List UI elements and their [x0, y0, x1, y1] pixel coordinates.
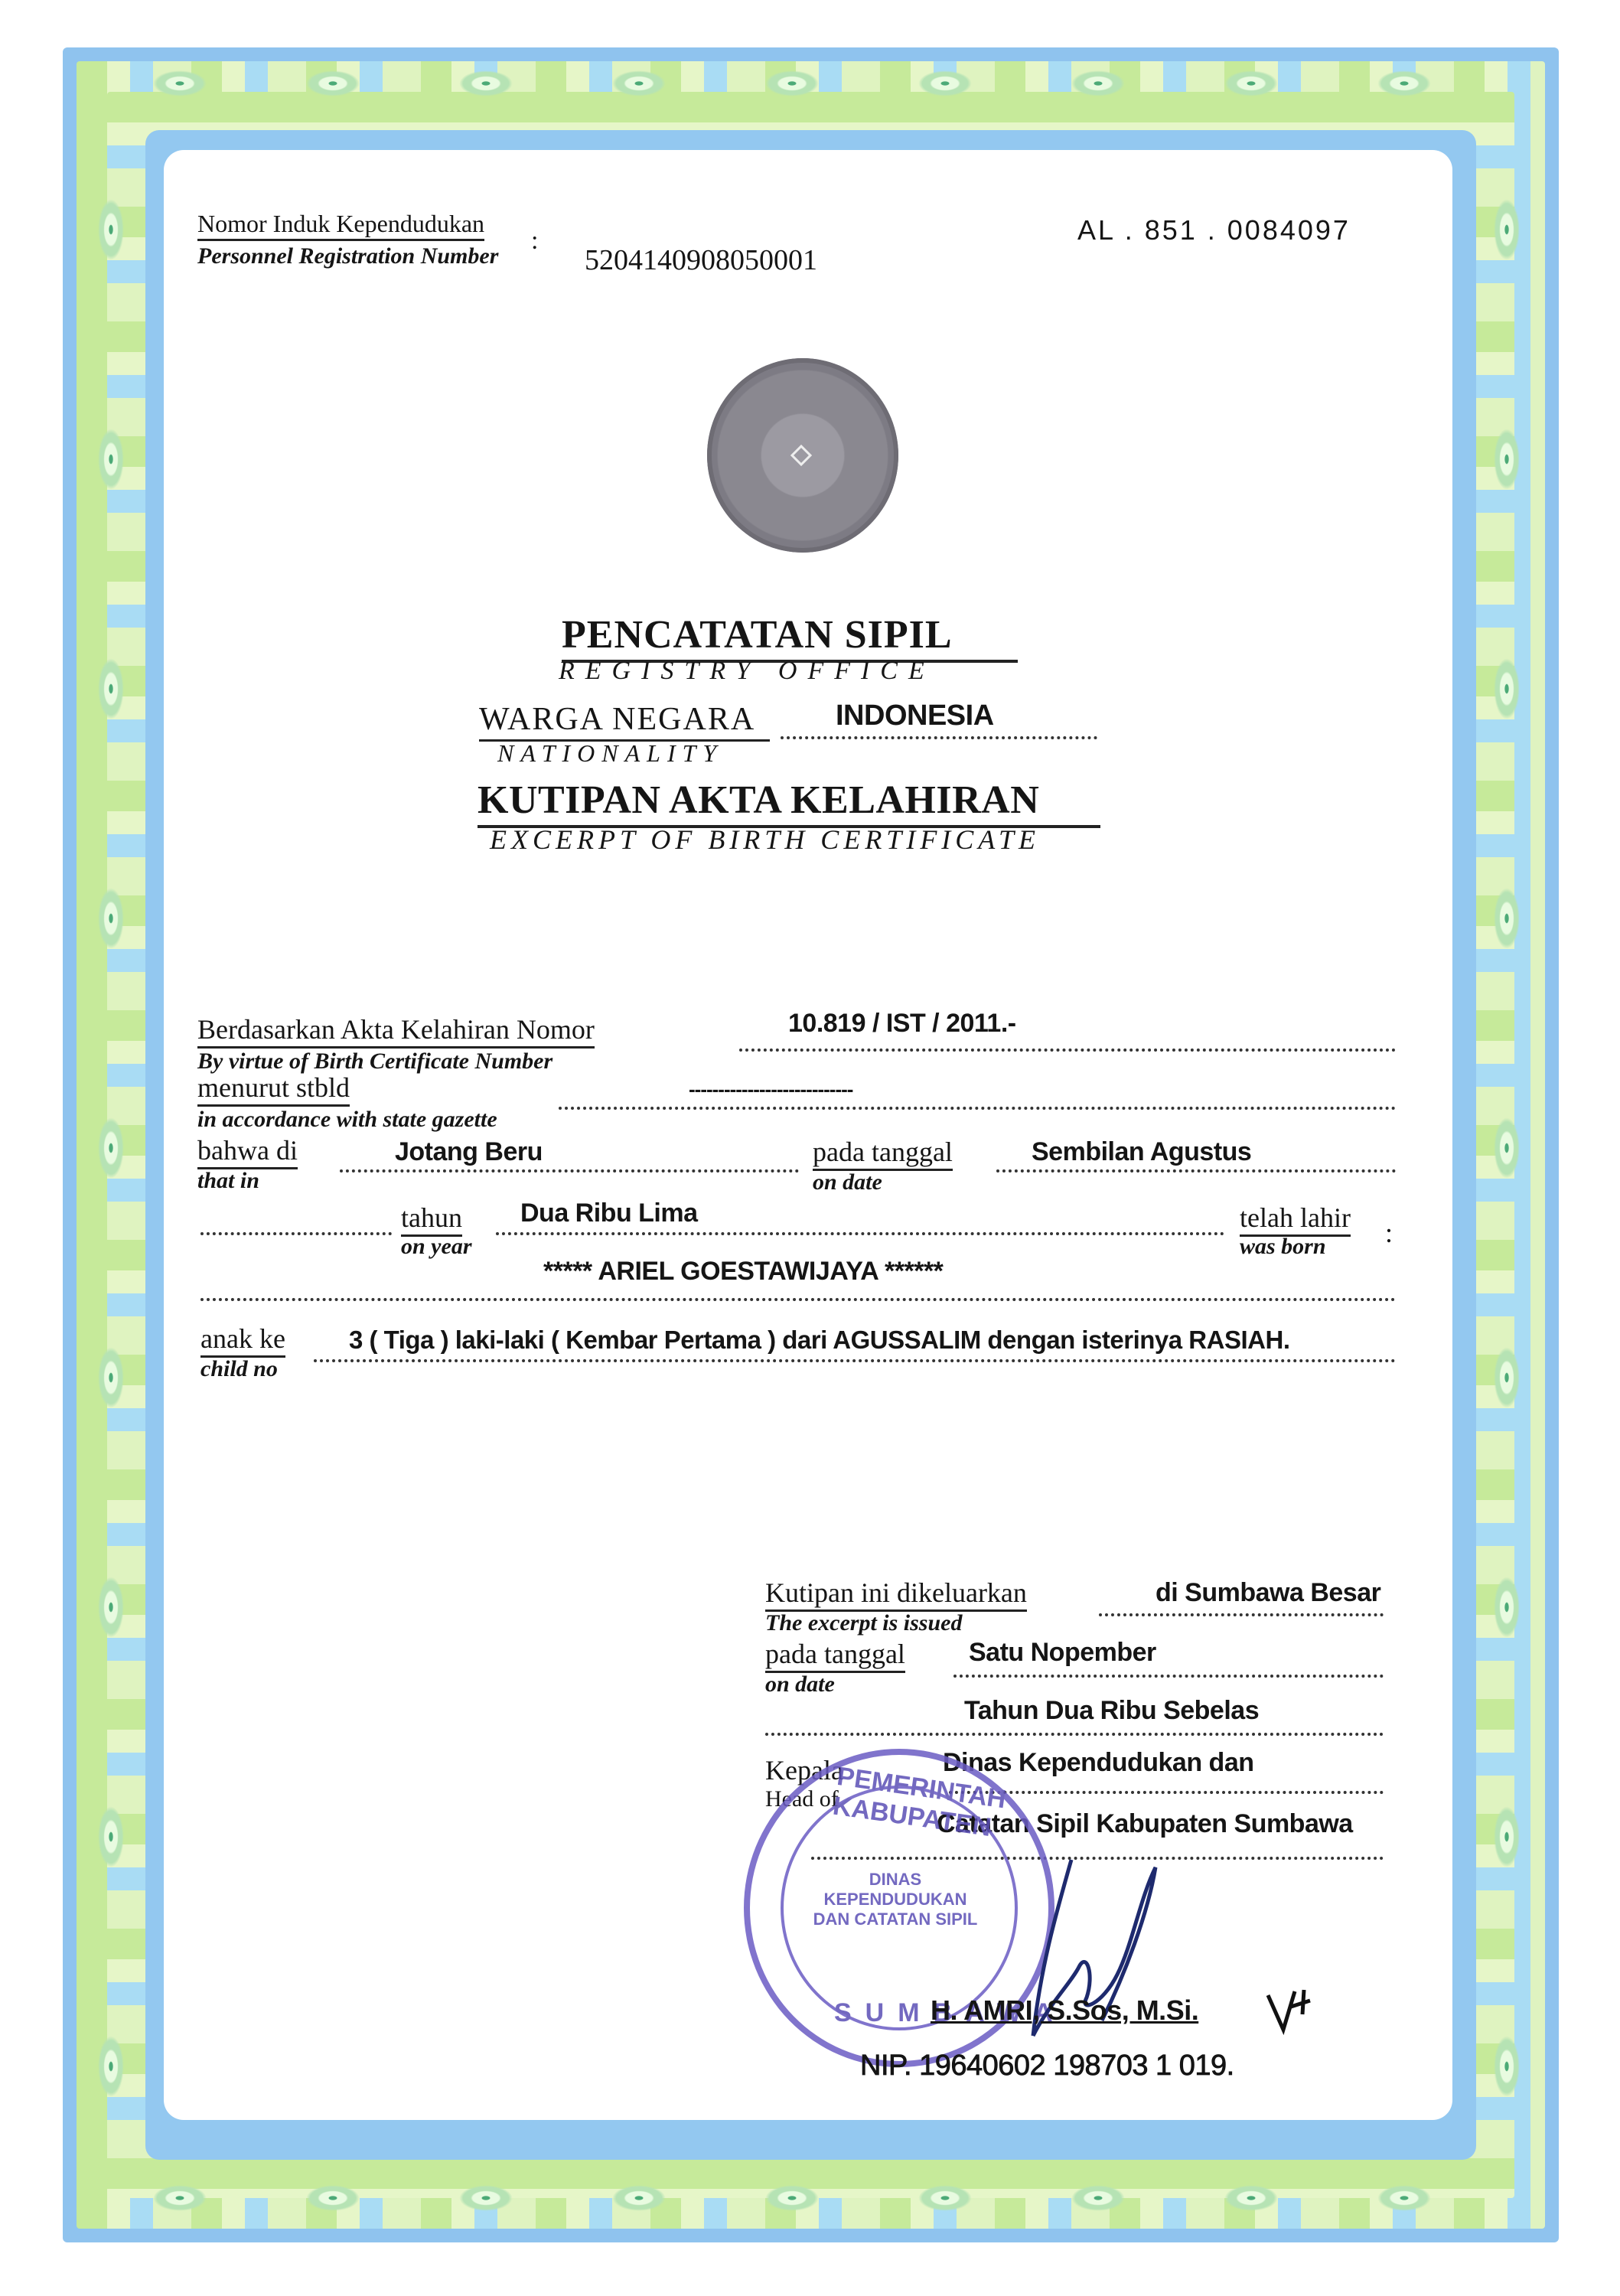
place-label: bahwa di [197, 1134, 298, 1169]
issue-date-label: pada tanggal [765, 1638, 905, 1673]
border-ornament-icon [98, 658, 124, 719]
office-title: PENCATATAN SIPIL [562, 612, 953, 657]
date-value: Sembilan Agustus [1032, 1137, 1251, 1167]
year-label: tahun [401, 1202, 462, 1237]
child-no-label-en: child no [200, 1356, 278, 1382]
border-ornament-icon [98, 199, 124, 260]
issued-label: Kutipan ini dikeluarkan [765, 1577, 1027, 1612]
nik-label-en: Personnel Registration Number [197, 243, 498, 269]
fill-line [739, 1049, 1396, 1052]
fill-line [314, 1359, 1396, 1362]
border-ornament-icon [1071, 70, 1125, 96]
date-label: pada tanggal [813, 1136, 953, 1171]
nationality-value: INDONESIA [836, 700, 994, 732]
cert-number-value: 10.819 / IST / 2011.- [788, 1009, 1016, 1039]
garuda-emblem-icon [707, 358, 898, 553]
border-ornament-icon [1494, 1347, 1520, 1408]
fill-line [496, 1232, 1224, 1235]
border-ornament-icon [1377, 70, 1431, 96]
fill-line [996, 1169, 1396, 1172]
nik-label: Nomor Induk Kependudukan [197, 210, 484, 241]
border-ornament-icon [1494, 1117, 1520, 1179]
office-line-1: Dinas Kependudukan dan [943, 1748, 1254, 1778]
stbld-value: ---------------------------- [689, 1078, 852, 1101]
border-ornament-icon [612, 2185, 666, 2211]
fill-line [340, 1169, 799, 1172]
border-ornament-icon [1224, 70, 1278, 96]
border-ornament-icon [306, 2185, 360, 2211]
child-no-value: 3 ( Tiga ) laki-laki ( Kembar Pertama ) … [349, 1326, 1290, 1355]
place-value: Jotang Beru [395, 1137, 543, 1167]
border-ornament-icon [918, 2185, 972, 2211]
nik-colon: : [531, 227, 538, 256]
issue-date-value: Satu Nopember [969, 1638, 1156, 1668]
nationality-label: WARGA NEGARA [479, 701, 755, 738]
fill-line [559, 1107, 1396, 1110]
born-label: telah lahir [1240, 1202, 1351, 1237]
border-ornament-icon [1494, 1806, 1520, 1867]
born-colon: : [1385, 1217, 1393, 1249]
office-title-en: REGISTRY OFFICE [559, 657, 935, 686]
stamp-center-2: KEPENDUDUKAN [803, 1890, 987, 1910]
child-name: ***** ARIEL GOESTAWIJAYA ****** [543, 1257, 943, 1287]
fill-line [200, 1232, 392, 1235]
nik-value: 5204140908050001 [585, 243, 817, 277]
border-ornament-icon [1377, 2185, 1431, 2211]
border-ornament-icon [98, 1117, 124, 1179]
fill-line [200, 1298, 1396, 1301]
border-ornament-icon [1494, 429, 1520, 490]
border-ornament-icon [98, 1806, 124, 1867]
fill-line [953, 1675, 1384, 1678]
border-ornament-icon [1494, 658, 1520, 719]
nationality-label-en: NATIONALITY [497, 739, 723, 768]
paraf-icon [1264, 1984, 1325, 2037]
place-label-en: that in [197, 1168, 259, 1194]
year-label-en: on year [401, 1234, 472, 1260]
fill-line [765, 1733, 1384, 1736]
stamp-center-3: DAN CATATAN SIPIL [803, 1910, 987, 1929]
official-nip: NIP. 19640602 198703 1 019. [860, 2050, 1234, 2082]
border-ornament-icon [153, 70, 207, 96]
border-ornament-icon [98, 2036, 124, 2097]
border-ornament-icon [1494, 888, 1520, 949]
date-label-en: on date [813, 1169, 882, 1195]
stbld-label-en: in accordance with state gazette [197, 1107, 497, 1133]
fill-line [781, 736, 1097, 739]
border-ornament-icon [612, 70, 666, 96]
doc-title: KUTIPAN AKTA KELAHIRAN [478, 778, 1039, 823]
border-ornament-icon [459, 2185, 513, 2211]
border-ornament-icon [306, 70, 360, 96]
border-ornament-icon [98, 429, 124, 490]
child-no-label: anak ke [200, 1322, 285, 1358]
issue-date-label-en: on date [765, 1671, 835, 1698]
border-ornament-icon [765, 2185, 819, 2211]
fill-line [1099, 1613, 1384, 1616]
serial-number: AL . 851 . 0084097 [1077, 214, 1351, 246]
border-ornament-icon [1494, 199, 1520, 260]
border-ornament-icon [98, 1347, 124, 1408]
cert-number-label: Berdasarkan Akta Kelahiran Nomor [197, 1013, 595, 1049]
issued-place: di Sumbawa Besar [1156, 1578, 1380, 1608]
border-ornament-icon [98, 888, 124, 949]
border-ornament-icon [918, 70, 972, 96]
border-ornament-icon [1224, 2185, 1278, 2211]
border-ornament-icon [1494, 1577, 1520, 1638]
border-ornament-icon [98, 1577, 124, 1638]
stbld-label: menurut stbld [197, 1071, 350, 1107]
official-name: H. AMRI, S.Sos, M.Si. [931, 1994, 1198, 2027]
border-ornament-icon [1494, 2036, 1520, 2097]
border-ornament-icon [1071, 2185, 1125, 2211]
stamp-center-1: DINAS [803, 1870, 987, 1890]
year-value: Dua Ribu Lima [520, 1199, 698, 1228]
border-ornament-icon [459, 70, 513, 96]
born-label-en: was born [1240, 1234, 1326, 1260]
issued-label-en: The excerpt is issued [765, 1610, 962, 1636]
issue-year-value: Tahun Dua Ribu Sebelas [964, 1696, 1259, 1726]
cert-number-label-en: By virtue of Birth Certificate Number [197, 1049, 552, 1075]
doc-title-en: EXCERPT OF BIRTH CERTIFICATE [490, 823, 1040, 856]
border-ornament-icon [153, 2185, 207, 2211]
border-ornament-icon [765, 70, 819, 96]
